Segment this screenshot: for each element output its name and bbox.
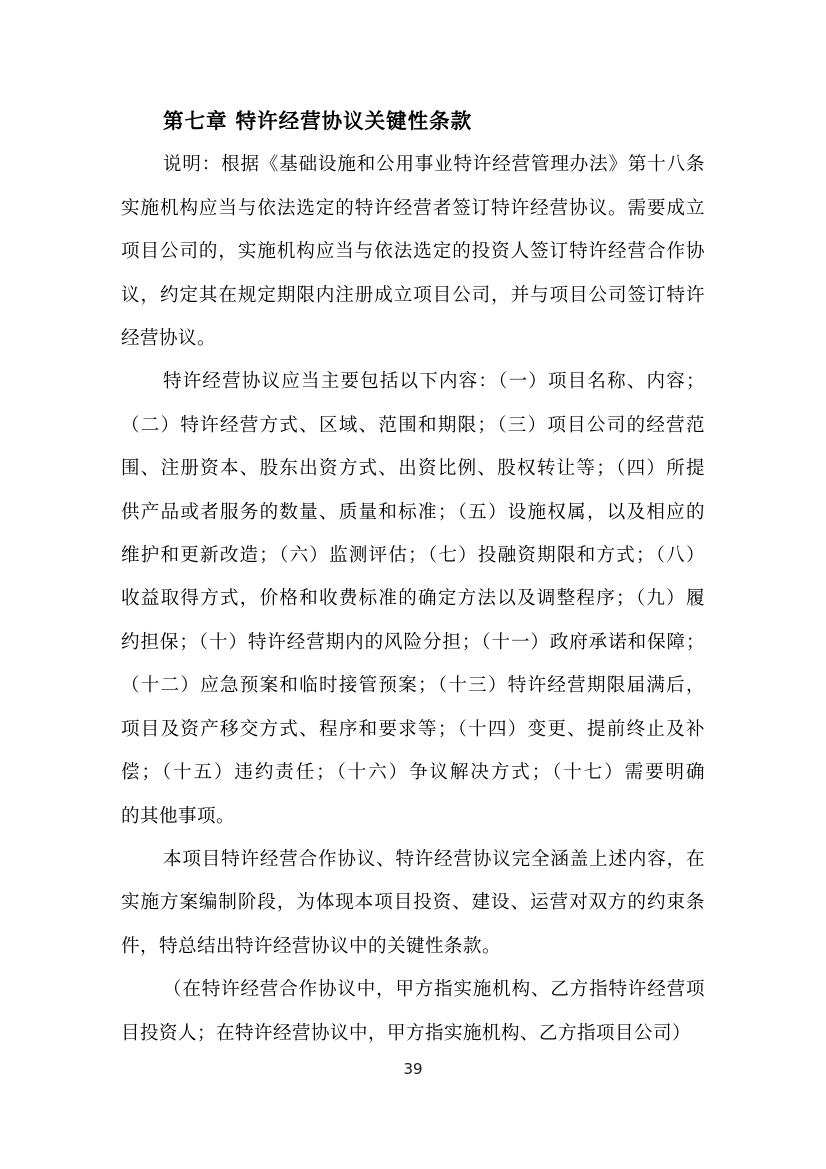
paragraph-line: 本项目特许经营合作协议、特许经营协议完全涵盖上述内容，在 — [121, 838, 705, 881]
page-number: 39 — [0, 1060, 826, 1078]
paragraph: 说明：根据《基础设施和公用事业特许经营管理办法》第十八条 实施机构应当与依法选定… — [121, 143, 705, 360]
paragraph: 本项目特许经营合作协议、特许经营协议完全涵盖上述内容，在 实施方案编制阶段，为体… — [121, 838, 705, 968]
paragraph-line: 经营协议。 — [121, 317, 705, 360]
paragraph-line: 项目公司的，实施机构应当与依法选定的投资人签订特许经营合作协 — [121, 230, 705, 273]
paragraph-line: 件，特总结出特许经营协议中的关键性条款。 — [121, 925, 705, 968]
paragraph-line: 约担保；（十）特许经营期内的风险分担；（十一）政府承诺和保障； — [121, 621, 705, 664]
chapter-heading: 第七章 特许经营协议关键性条款 — [121, 100, 705, 143]
paragraph-line: 特许经营协议应当主要包括以下内容：（一）项目名称、内容； — [121, 360, 705, 403]
paragraph-line: 议，约定其在规定期限内注册成立项目公司，并与项目公司签订特许 — [121, 274, 705, 317]
paragraph: 特许经营协议应当主要包括以下内容：（一）项目名称、内容； （二）特许经营方式、区… — [121, 360, 705, 837]
paragraph-line: 收益取得方式，价格和收费标准的确定方法以及调整程序；（九）履 — [121, 577, 705, 620]
document-body: 第七章 特许经营协议关键性条款 说明：根据《基础设施和公用事业特许经营管理办法》… — [121, 100, 705, 1055]
paragraph-line: （二）特许经营方式、区域、范围和期限；（三）项目公司的经营范 — [121, 404, 705, 447]
paragraph-line: 维护和更新改造；（六）监测评估；（七）投融资期限和方式；（八） — [121, 534, 705, 577]
paragraph-line: 说明：根据《基础设施和公用事业特许经营管理办法》第十八条 — [121, 143, 705, 186]
paragraph-line: （在特许经营合作协议中，甲方指实施机构、乙方指特许经营项 — [121, 968, 705, 1011]
document-page: 第七章 特许经营协议关键性条款 说明：根据《基础设施和公用事业特许经营管理办法》… — [0, 0, 826, 1169]
paragraph-line: 目投资人；在特许经营协议中，甲方指实施机构、乙方指项目公司） — [121, 1012, 705, 1055]
paragraph-line: 围、注册资本、股东出资方式、出资比例、股权转让等；（四）所提 — [121, 447, 705, 490]
paragraph-line: 的其他事项。 — [121, 795, 705, 838]
paragraph-line: 项目及资产移交方式、程序和要求等；（十四）变更、提前终止及补 — [121, 708, 705, 751]
paragraph-line: 实施机构应当与依法选定的特许经营者签订特许经营协议。需要成立 — [121, 187, 705, 230]
paragraph-line: （十二）应急预案和临时接管预案；（十三）特许经营期限届满后， — [121, 664, 705, 707]
paragraph: （在特许经营合作协议中，甲方指实施机构、乙方指特许经营项 目投资人；在特许经营协… — [121, 968, 705, 1055]
paragraph-line: 偿；（十五）违约责任；（十六）争议解决方式；（十七）需要明确 — [121, 751, 705, 794]
paragraph-line: 实施方案编制阶段，为体现本项目投资、建设、运营对双方的约束条 — [121, 881, 705, 924]
paragraph-line: 供产品或者服务的数量、质量和标准；（五）设施权属，以及相应的 — [121, 491, 705, 534]
